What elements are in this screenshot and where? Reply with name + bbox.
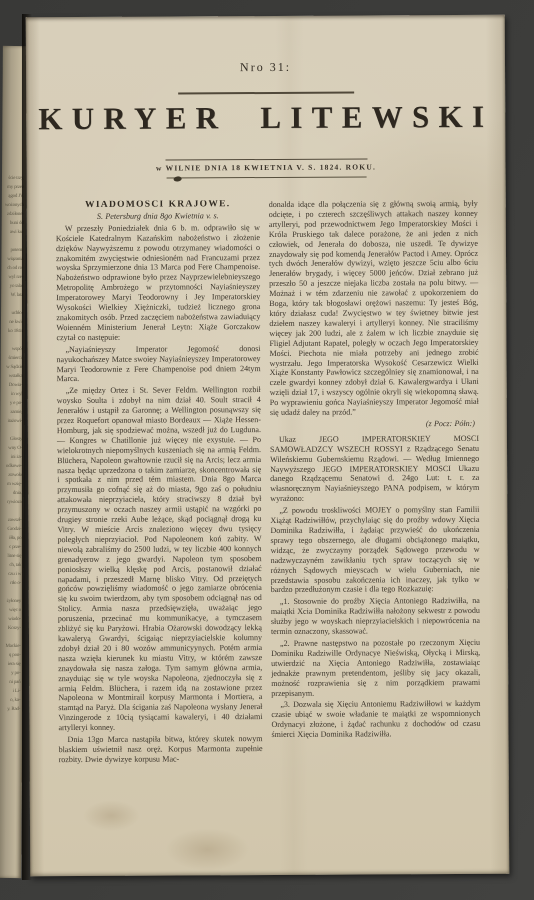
source-attribution: (z Pocz: Półn:)	[270, 419, 475, 430]
ukaz-item-1: „1. Stosownie do proźby Xięcia Antoniego…	[271, 596, 480, 637]
article-dateline: S. Petersburg dnia 8go Kwietnia v. s.	[56, 211, 260, 222]
masthead-bottom-rule	[165, 158, 367, 161]
body-columns: WIADOMOŚCI KRAJOWE. S. Petersburg dnia 8…	[27, 199, 509, 846]
newspaper-page: Nro 31: KURYER LITEWSKI w WILNIE DNIA 18…	[26, 15, 509, 876]
section-heading: WIADOMOŚCI KRAJOWE.	[56, 200, 260, 211]
issue-number: Nro 31:	[26, 59, 505, 77]
article-paragraph: Dnia 13go Marca nastąpiła bitwa, którey …	[59, 734, 263, 765]
ukaz-paragraph: „Z powodu troskliwości MOJEY o pomyślny …	[270, 505, 479, 595]
rule-line	[166, 176, 366, 178]
dateline-rule-with-ornament	[166, 175, 366, 180]
article-paragraph-continuation: donalda idące dla połączenia się z główn…	[269, 199, 479, 418]
masthead-top-rule	[178, 92, 354, 94]
masthead-title: KURYER LITEWSKI	[26, 98, 505, 137]
publication-dateline: w WILNIE DNIA 18 KWIETNIA V. S. 1824. RO…	[27, 162, 506, 174]
ukaz-item-2: „2. Prawne następstwo na pozostałe po rz…	[271, 638, 480, 699]
scan-background: ście trzy, my przez ągod JV. wożonych zd…	[0, 0, 534, 900]
right-column: donalda idące dla połączenia się z główn…	[269, 199, 481, 845]
ukaz-item-3: „3. Dozwala się Xięciu Antoniemu Radziwi…	[271, 699, 480, 740]
ukaz-paragraph: Ukaz JEGO IMPERATORSKIEY MOSCI SAMOWŁADZ…	[270, 434, 479, 504]
article-paragraph: „Nayiaśnieyszy Imperator Jegomość donosi…	[56, 344, 260, 385]
article-paragraph: „Ze między Ortez i St. Sever Feldm. Well…	[57, 385, 263, 733]
adjacent-page-text-fragments: ście trzy, my przez ągod JV. wożonych zd…	[0, 174, 24, 714]
ink-blot-ornament-icon	[173, 176, 181, 181]
left-column: WIADOMOŚCI KRAJOWE. S. Petersburg dnia 8…	[56, 200, 263, 846]
article-paragraph: W przeszły Poniedziałek dnia 6 b. m. odp…	[56, 223, 261, 343]
